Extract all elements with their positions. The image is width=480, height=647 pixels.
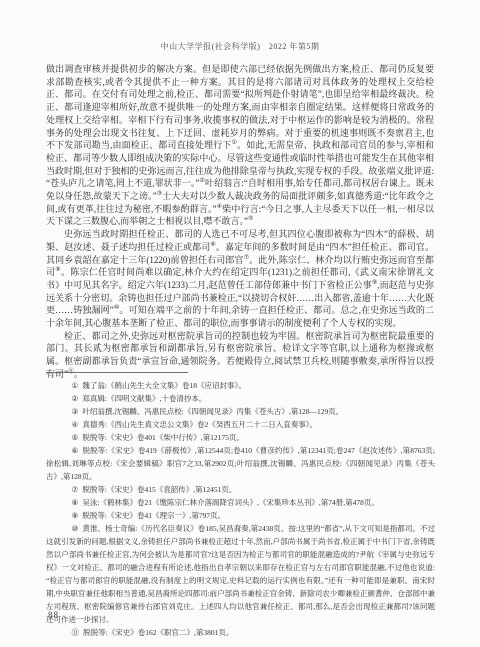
footnote-item: ⑧吴泳:《鹤林集》卷21《缴陈宗仁林介落阁降官词头》,《宋集珍本丛刊》,第74册… (46, 496, 435, 509)
page-number: 88 (48, 610, 59, 620)
footnote-marker: ⑪ (59, 626, 79, 639)
footnote-marker: ⑤ (59, 431, 78, 444)
footnote-marker: ⑥ (59, 444, 78, 457)
running-head: 中山大学学报(社会科学版) 2022 年第5期 (0, 41, 480, 52)
footnote-item: ③叶绍翁撰,沈锡麟、冯惠民点校:《四朝闻见录》丙集《苍头古》,第128—129页… (46, 405, 435, 418)
article-body: 做出调查审核并提供初步的解决方案。但是即使六部已经依据先例做出方案,检正、都司仍… (46, 63, 434, 381)
body-paragraph: 做出调查审核并提供初步的解决方案。但是即使六部已经依据先例做出方案,检正、都司仍… (46, 63, 434, 228)
footnote-item: ⑦脱脱等:《宋史》卷415《袁韶传》,第12451页。 (46, 483, 435, 496)
footnote-marker: ③ (59, 405, 78, 418)
footnote-item: ⑨脱脱等:《宋史》卷41《理宗一》,第797页。 (46, 509, 435, 522)
footnote-marker: ② (59, 392, 78, 405)
footnote-item: ⑪脱脱等:《宋史》卷162《职官二》,第3801页。 (46, 626, 435, 639)
footnote-item: ⑩黄淮、杨士奇编:《历代名臣奏议》卷185,吴昌裔奏,第2438页。按:这里的“… (46, 522, 435, 626)
footnote-marker: ⑧ (59, 496, 78, 509)
footnote-item: ⑤脱脱等:《宋史》卷401《柴中行传》,第12175页。 (46, 431, 435, 444)
footnote-marker: ④ (59, 418, 78, 431)
footnote-marker: ⑩ (59, 522, 78, 535)
footnote-item: ⑥脱脱等:《宋史》卷419《薛极传》,第12544页;卷410《曹彦约传》,第1… (46, 444, 435, 483)
footnote-marker: ⑨ (59, 509, 78, 522)
footnote-item: ④真德秀:《西山先生真文忠公文集》卷2《癸酉五月二十二日入直奏事》。 (46, 418, 435, 431)
footnote-separator-rule (46, 372, 188, 373)
body-paragraph: 史弥远当政时期担任检正、都司的人选已不可尽考,但其四位心腹即被称为“四木”的薛极… (46, 228, 434, 330)
footnotes-list: ①魏了翁:《鹤山先生大全文集》卷18《应诏封事》。②郑真辑:《四明文献集》,十卷… (46, 379, 435, 639)
footnote-item: ②郑真辑:《四明文献集》,十卷清抄本。 (46, 392, 435, 405)
footnote-item: ①魏了翁:《鹤山先生大全文集》卷18《应诏封事》。 (46, 379, 435, 392)
journal-page: 中山大学学报(社会科学版) 2022 年第5期 做出调查审核并提供初步的解决方案… (0, 0, 480, 647)
footnote-marker: ⑦ (59, 483, 78, 496)
footnote-marker: ① (59, 379, 78, 392)
